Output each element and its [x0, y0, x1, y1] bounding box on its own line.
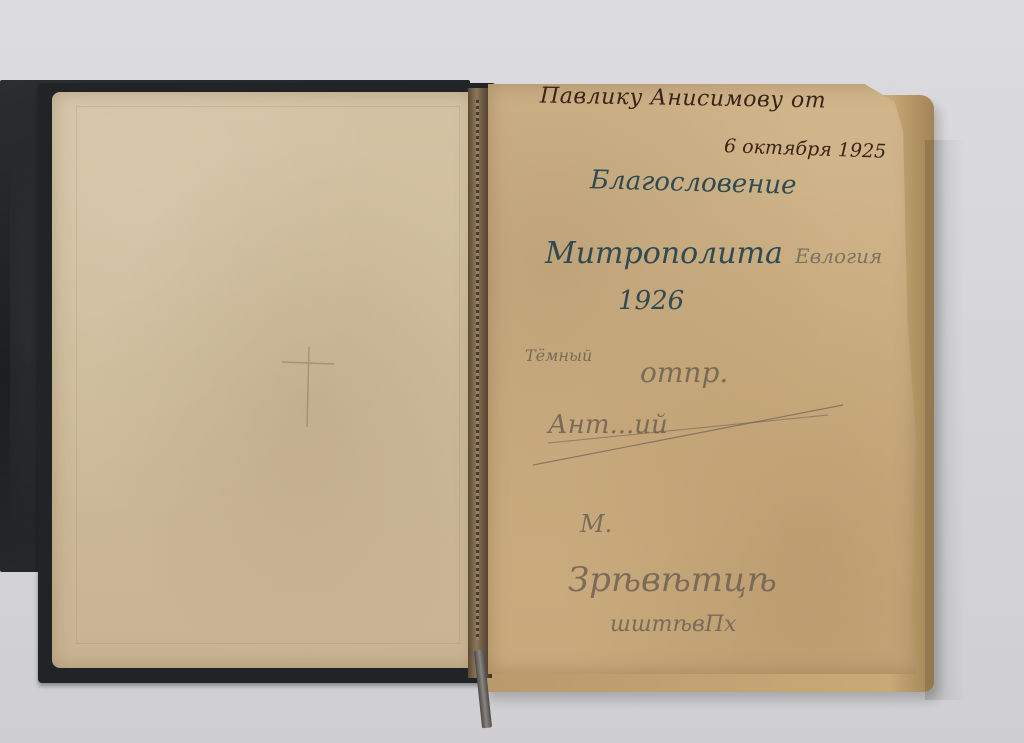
pencil-word-large: Зрѣвѣтцѣ — [568, 560, 777, 600]
inscription-year: 1926 — [618, 286, 684, 316]
signature-strike-lines — [528, 395, 848, 475]
pencil-word-small: шштѣвПх — [610, 612, 736, 637]
inscription-name-pencil: Евлогия — [795, 244, 882, 268]
pencil-note-prefix: Тёмный — [525, 346, 592, 365]
photo-scene: Павлику Анисимову от 6 октября 1925 Благ… — [0, 0, 1024, 743]
endpaper-border — [76, 106, 460, 644]
inscription-metropolitan: Митрополита — [545, 236, 783, 271]
book-shadow — [925, 140, 965, 700]
faint-cross-mark — [274, 342, 344, 432]
binding-thread — [476, 100, 479, 640]
left-endpaper — [52, 92, 474, 668]
pencil-note: отпр. — [640, 356, 728, 389]
inscription-blessing: Благословение — [590, 165, 797, 200]
inscription-dedication: Павлику Анисимову от — [540, 84, 827, 114]
pencil-initial: М. — [580, 510, 612, 538]
